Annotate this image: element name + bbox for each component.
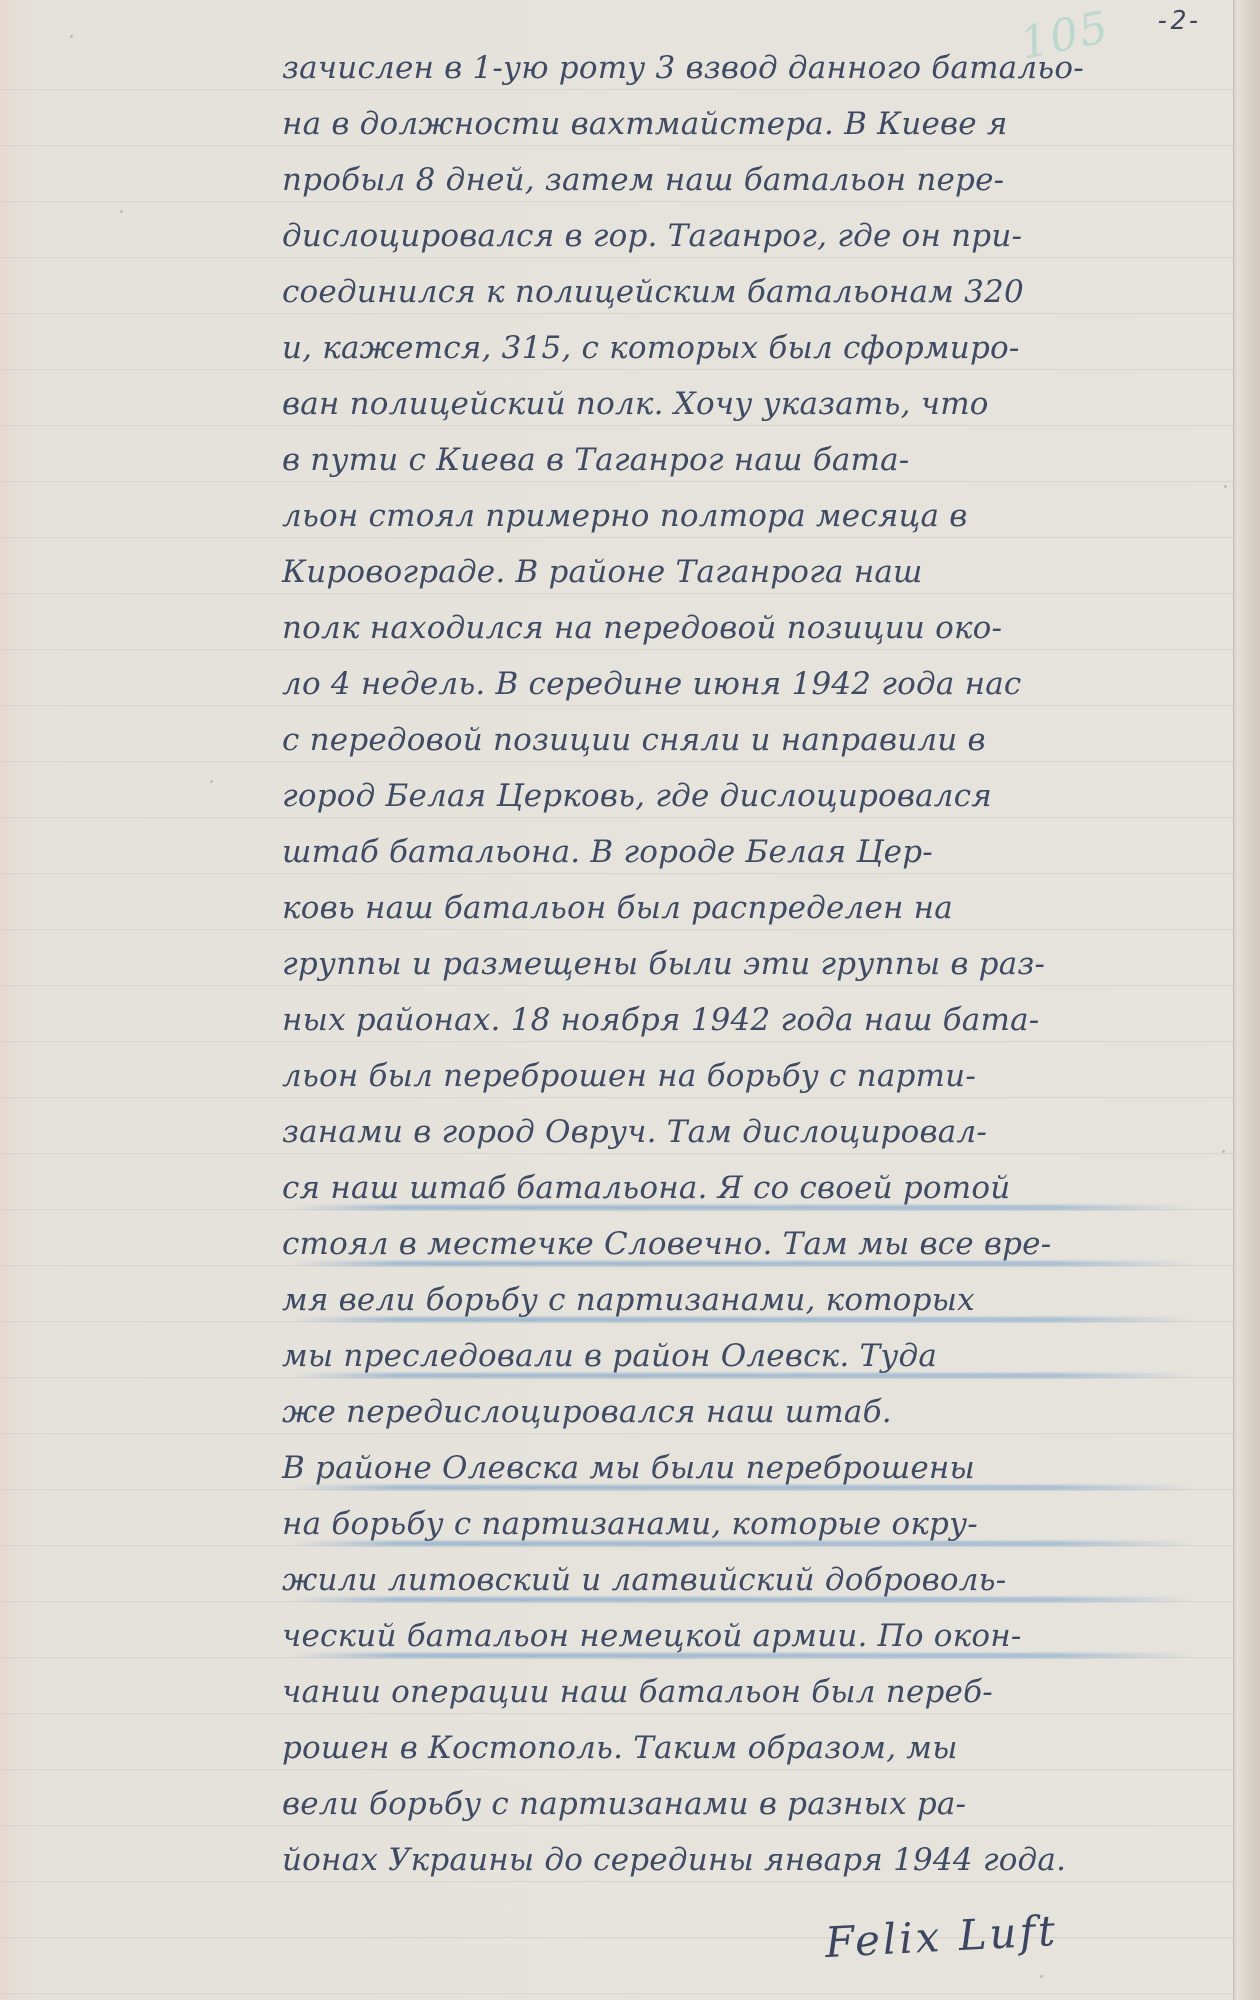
binding-edge — [1233, 0, 1260, 2000]
text-line: жили литовский и латвийский доброволь- — [282, 1552, 1232, 1608]
text-line: рошен в Костополь. Таким образом, мы — [282, 1720, 1232, 1776]
text-line: ных районах. 18 ноября 1942 года наш бат… — [282, 992, 1232, 1048]
text-line: штаб батальона. В городе Белая Цер- — [282, 824, 1232, 880]
text-line: мя вели борьбу с партизанами, которых — [282, 1272, 1232, 1328]
text-line: ван полицейский полк. Хочу указать, что — [282, 376, 1232, 432]
text-line: соединился к полицейским батальонам 320 — [282, 264, 1232, 320]
page-number: -2- — [1155, 6, 1202, 36]
text-line: чании операции наш батальон был переб- — [282, 1664, 1232, 1720]
text-line: ковь наш батальон был распределен на — [282, 880, 1232, 936]
text-line: в пути с Киева в Таганрог наш бата- — [282, 432, 1232, 488]
text-line: В районе Олевска мы были переброшены — [282, 1440, 1232, 1496]
text-line: мы преследовали в район Олевск. Туда — [282, 1328, 1232, 1384]
text-line: льон стоял примерно полтора месяца в — [282, 488, 1232, 544]
text-line: стоял в местечке Словечно. Там мы все вр… — [282, 1216, 1232, 1272]
text-line: ло 4 недель. В середине июня 1942 года н… — [282, 656, 1232, 712]
text-line: йонах Украины до середины января 1944 го… — [282, 1832, 1232, 1888]
text-line: ческий батальон немецкой армии. По окон- — [282, 1608, 1232, 1664]
text-line: Кировограде. В районе Таганрога наш — [282, 544, 1232, 600]
text-line: пробыл 8 дней, затем наш батальон пере- — [282, 152, 1232, 208]
text-line: полк находился на передовой позиции око- — [282, 600, 1232, 656]
text-line: и, кажется, 315, с которых был сформиро- — [282, 320, 1232, 376]
text-line: вели борьбу с партизанами в разных ра- — [282, 1776, 1232, 1832]
text-line: группы и размещены были эти группы в раз… — [282, 936, 1232, 992]
text-line: город Белая Церковь, где дислоцировался — [282, 768, 1232, 824]
text-line: занами в город Овруч. Там дислоцировал- — [282, 1104, 1232, 1160]
text-line: на в должности вахтмайстера. В Киеве я — [282, 96, 1232, 152]
text-line: дислоцировался в гор. Таганрог, где он п… — [282, 208, 1232, 264]
text-line: зачислен в 1-ую роту 3 взвод данного бат… — [282, 40, 1232, 96]
text-line: ся наш штаб батальона. Я со своей ротой — [282, 1160, 1232, 1216]
document-page: 105 -2- зачислен в 1-ую роту 3 взвод дан… — [0, 0, 1260, 2000]
handwritten-text: зачислен в 1-ую роту 3 взвод данного бат… — [282, 40, 1232, 1888]
text-line: на борьбу с партизанами, которые окру- — [282, 1496, 1232, 1552]
text-line: с передовой позиции сняли и направили в — [282, 712, 1232, 768]
text-line: же передислоцировался наш штаб. — [282, 1384, 1232, 1440]
text-line: льон был переброшен на борьбу с парти- — [282, 1048, 1232, 1104]
